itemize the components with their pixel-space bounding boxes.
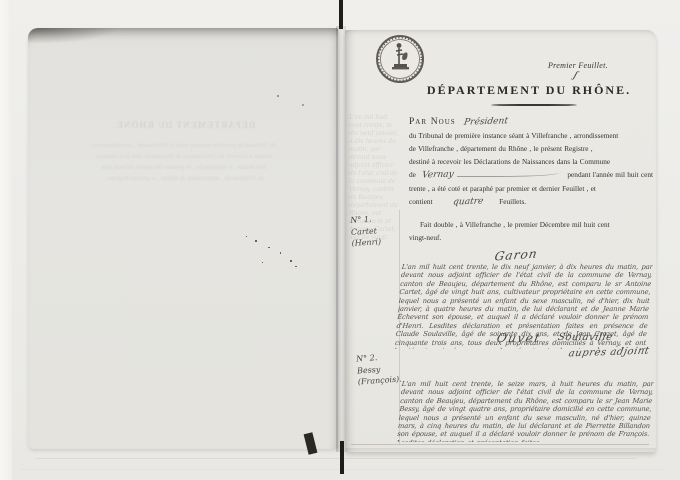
page-curl-shadow (28, 28, 118, 44)
margin-note-act2: N° 2. Bessy (François). (356, 351, 402, 388)
handwritten-flourish (457, 170, 559, 177)
title-rule (491, 104, 577, 106)
preamble-line: de Villefranche , département du Rhône ,… (409, 142, 653, 155)
ink-speck (268, 247, 270, 248)
bleedthrough-text: DÉPARTEMENT DU RHÔNE. du Tribunal de pre… (86, 120, 282, 270)
ink-speck (255, 240, 257, 242)
commune-line: de Vernay pendant l'année mil huit cent (409, 168, 653, 182)
act-firstname: (François). (357, 373, 402, 388)
preamble-line: du Tribunal de première instance séant à… (409, 129, 653, 142)
sheet-bottom-rule (351, 444, 649, 445)
ink-speck (246, 236, 247, 237)
ink-speck (262, 262, 263, 263)
president-signature: Garon (493, 247, 539, 264)
act2-handwritten-text: L'an mil huit cent trente, le seize mars… (397, 380, 654, 442)
binding-thread (340, 441, 344, 474)
de-label: de (409, 168, 416, 181)
act-firstname: (Henri) (351, 236, 381, 249)
president-handwritten: Président (463, 115, 509, 130)
preamble-line: destiné à recevoir les Déclarations de N… (409, 155, 653, 168)
timbre-royal-seal-icon (374, 33, 426, 85)
commune-handwritten: Vernay (421, 168, 455, 182)
scan-edge-strip (0, 0, 12, 480)
preamble-opening: Par Nous Président (409, 115, 653, 129)
register-scan: DÉPARTEMENT DU RHÔNE. du Tribunal de pre… (0, 0, 680, 480)
page-title: DÉPARTEMENT DU RHÔNE. (405, 83, 653, 98)
margin-note-act1: N° 1. Cartet (Henri) (350, 213, 381, 249)
feuillet-count-handwritten: quatre (452, 195, 484, 209)
ink-speck (280, 252, 281, 254)
preamble-paragraph: Par Nous Président du Tribunal de premiè… (409, 115, 653, 244)
feuillets-label: Feuillets. (499, 197, 526, 206)
preamble-line: trente , a été coté et paraphé par premi… (409, 182, 653, 195)
act1-signature-1: Ouvet (496, 331, 543, 345)
sheet-fold-shadow (345, 448, 656, 453)
paraph-mark: ʃ (572, 69, 579, 81)
contient-line: contient quatre Feuillets. (409, 195, 653, 209)
ink-speck (302, 104, 304, 106)
binding-thread (339, 0, 343, 29)
act1-signature-adjoint: auprès adjoint (567, 346, 650, 360)
ink-speck (295, 266, 297, 267)
left-page: DÉPARTEMENT DU RHÔNE. du Tribunal de pre… (28, 28, 338, 449)
bleedthrough-title: DÉPARTEMENT DU RHÔNE. (86, 120, 282, 130)
contient-label: contient (409, 197, 433, 206)
ink-speck (277, 95, 279, 97)
act1-signature-2: Soulaville (557, 332, 614, 343)
preamble-line: pendant l'année mil huit cent (567, 168, 653, 181)
par-nous-label: Par Nous (409, 117, 456, 127)
under-sheet-edge (36, 458, 636, 459)
ink-speck (290, 260, 292, 262)
right-page: Premier Feuillet. ʃ DÉPARTEMENT DU RHÔNE… (345, 30, 656, 452)
fait-double-line: Fait double , à Villefranche , le premie… (409, 218, 653, 231)
fait-double-line: vingt-neuf. (409, 231, 653, 244)
